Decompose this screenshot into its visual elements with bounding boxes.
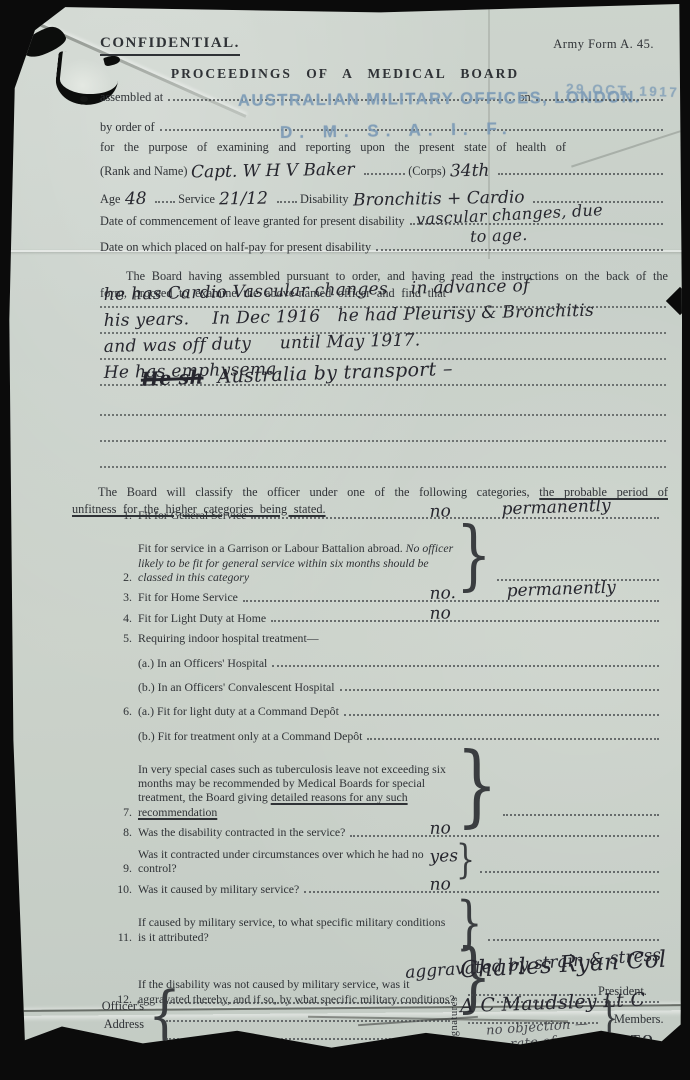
recommendation-text: Australia by transport – [217,358,453,388]
page-title: PROCEEDINGS OF A MEDICAL BOARD [8,66,682,83]
confidential-heading: CONFIDENTIAL. [100,34,240,56]
item-number: 7. [106,805,138,819]
item-text: In very special cases such as tuberculos… [138,762,456,820]
dotted-leader: D. M. S. A. I. F. [160,129,663,131]
purpose-line: for the purpose of examining and reporti… [100,140,668,155]
item-6b: (b.) Fit for treatment only at a Command… [138,729,662,743]
item-text-normal: Fit for service in a Garrison or Labour … [138,541,406,555]
dotted-leader [503,814,659,816]
form-number: Army Form A. 45. [553,37,654,53]
classify-text: The Board will classify the officer unde… [98,485,539,499]
field-assembled-at: assembled at AUSTRALIAN MILITARY OFFICES… [100,90,666,105]
dotted-leader [364,173,405,175]
dotted-leader [155,201,175,203]
field-leave-date: Date of commencement of leave granted fo… [100,214,666,229]
dotted-leader: 29 OCT. 1917 [536,99,663,101]
item-text: Was it caused by military service? [138,882,299,896]
brace-icon [456,528,492,584]
dotted-leader [498,173,663,175]
field-by-order-of: by order of D. M. S. A. I. F. [100,120,666,135]
item-number: 5. [106,631,138,645]
item-text: Fit for service in a Garrison or Labour … [138,541,456,584]
service-label: Service [178,192,215,207]
pto-label: [P.T.O. [616,1032,656,1049]
item-6a: 6. (a.) Fit for light duty at a Command … [106,704,662,718]
handwritten-answer: no [429,818,451,839]
handwritten-answer: no [429,604,451,625]
handwritten-findings-1: he has Cardio Vascular changes in advanc… [104,276,530,305]
address-line [166,1036,450,1040]
handwritten-age: 48 [124,189,146,211]
item-number: 6. [106,704,138,718]
item-number: 4. [106,611,138,625]
item-number: 2. [106,570,138,584]
category-list: 1. Fit for General Service no permanentl… [106,508,662,1012]
blank-ruled-line [100,414,666,442]
recommendation-line: He shAustralia by transport – [100,388,666,416]
scanned-document-photo: { "header": { "confidential": "CONFIDENT… [0,0,690,1080]
handwritten-rank-name: Capt. W H V Baker [191,160,355,184]
ink-blot [80,96,88,102]
brace-icon [456,753,498,819]
dotted-leader: vascular changes, due to age. [410,223,663,225]
item-10: 10. Was it caused by military service? n… [106,882,662,896]
dotted-leader [271,620,659,622]
corps-label: (Corps) [408,164,446,179]
sub-item-text: (b.) Fit for treatment only at a Command… [138,729,362,743]
handwritten-answer: yes [429,846,458,868]
item-8: 8. Was the disability contracted in the … [106,825,662,839]
item-5b: (b.) In an Officers' Convalescent Hospit… [138,680,662,694]
item-4: 4. Fit for Light Duty at Home no [106,611,662,625]
document-paper: CONFIDENTIAL. Army Form A. 45. PROCEEDIN… [8,4,682,1056]
dotted-leader [340,689,660,691]
item-text: Requiring indoor hospital treatment— [138,631,319,645]
leave-label: Date of commencement of leave granted fo… [100,214,405,229]
age-label: Age [100,192,121,207]
item-2: 2. Fit for service in a Garrison or Labo… [106,528,662,584]
item-number: 11. [106,930,138,944]
halfpay-label: Date on which placed on half-pay for pre… [100,240,371,255]
field-halfpay-date: Date on which placed on half-pay for pre… [100,240,666,255]
by-order-label: by order of [100,120,155,135]
field-rank-name: (Rank and Name) Capt. W H V Baker (Corps… [100,160,666,181]
item-5a: (a.) In an Officers' Hospital [138,656,662,670]
item-5: 5. Requiring indoor hospital treatment— [106,631,662,645]
dotted-leader [277,201,297,203]
item-text: Was the disability contracted in the ser… [138,825,345,839]
findings-line: his years. In Dec 1916 he had Pleurisy &… [100,306,666,334]
item-number: 9. [106,861,138,875]
handwritten-recommendation: He shAustralia by transport – [102,336,454,414]
item-text: Fit for Light Duty at Home [138,611,266,625]
address-line [166,1018,450,1022]
date-stamp: 29 OCT. 1917 [565,81,679,102]
assembled-at-label: assembled at [100,90,163,105]
handwritten-answer: no [429,874,451,895]
blank-ruled-line [100,440,666,468]
item-text: If caused by military service, to what s… [138,915,456,944]
item-3: 3. Fit for Home Service no. permanently [106,590,662,604]
disability-label: Disability [300,192,349,207]
item-9: 9. Was it contracted under circumstances… [106,846,662,876]
item-text: Fit for Home Service [138,590,238,604]
pencil-scribble [528,1041,658,1050]
edge-tear-mark [666,287,690,315]
handwritten-findings-2: his years. In Dec 1916 he had Pleurisy &… [104,301,595,331]
item-text: Fit for General Service [138,508,246,522]
dotted-leader [488,939,659,941]
item-number: 1. [106,508,138,522]
item-text: (a.) Fit for light duty at a Command Dep… [138,704,339,718]
sub-item-text: (a.) In an Officers' Hospital [138,656,267,670]
handwritten-service: 21/12 [219,189,268,211]
officers-address-label: Officer's Address [92,998,144,1034]
brace-icon [456,846,475,876]
struck-out-text: He sh [140,367,203,391]
dotted-leader [367,738,659,740]
address-line [166,1000,450,1004]
item-number: 10. [106,882,138,896]
item-11: 11. If caused by military service, to wh… [106,902,662,944]
dotted-leader [272,665,659,667]
item-1: 1. Fit for General Service no permanentl… [106,508,662,522]
item-text: Was it contracted under circumstances ov… [138,847,456,876]
members-label: Members. [614,1012,664,1027]
dotted-leader: AUSTRALIAN MILITARY OFFICES, LONDON. [168,99,515,101]
sub-item-text: (b.) In an Officers' Convalescent Hospit… [138,680,335,694]
item-7: 7. In very special cases such as tubercu… [106,753,662,819]
dotted-leader [350,835,659,837]
item-number: 8. [106,825,138,839]
dotted-leader [480,871,659,873]
rank-label: (Rank and Name) [100,164,187,179]
signature-line [468,1044,608,1048]
dotted-leader [376,249,663,251]
item-number: 3. [106,590,138,604]
dotted-leader [344,714,659,716]
handwritten-corps: 34th [450,161,490,183]
